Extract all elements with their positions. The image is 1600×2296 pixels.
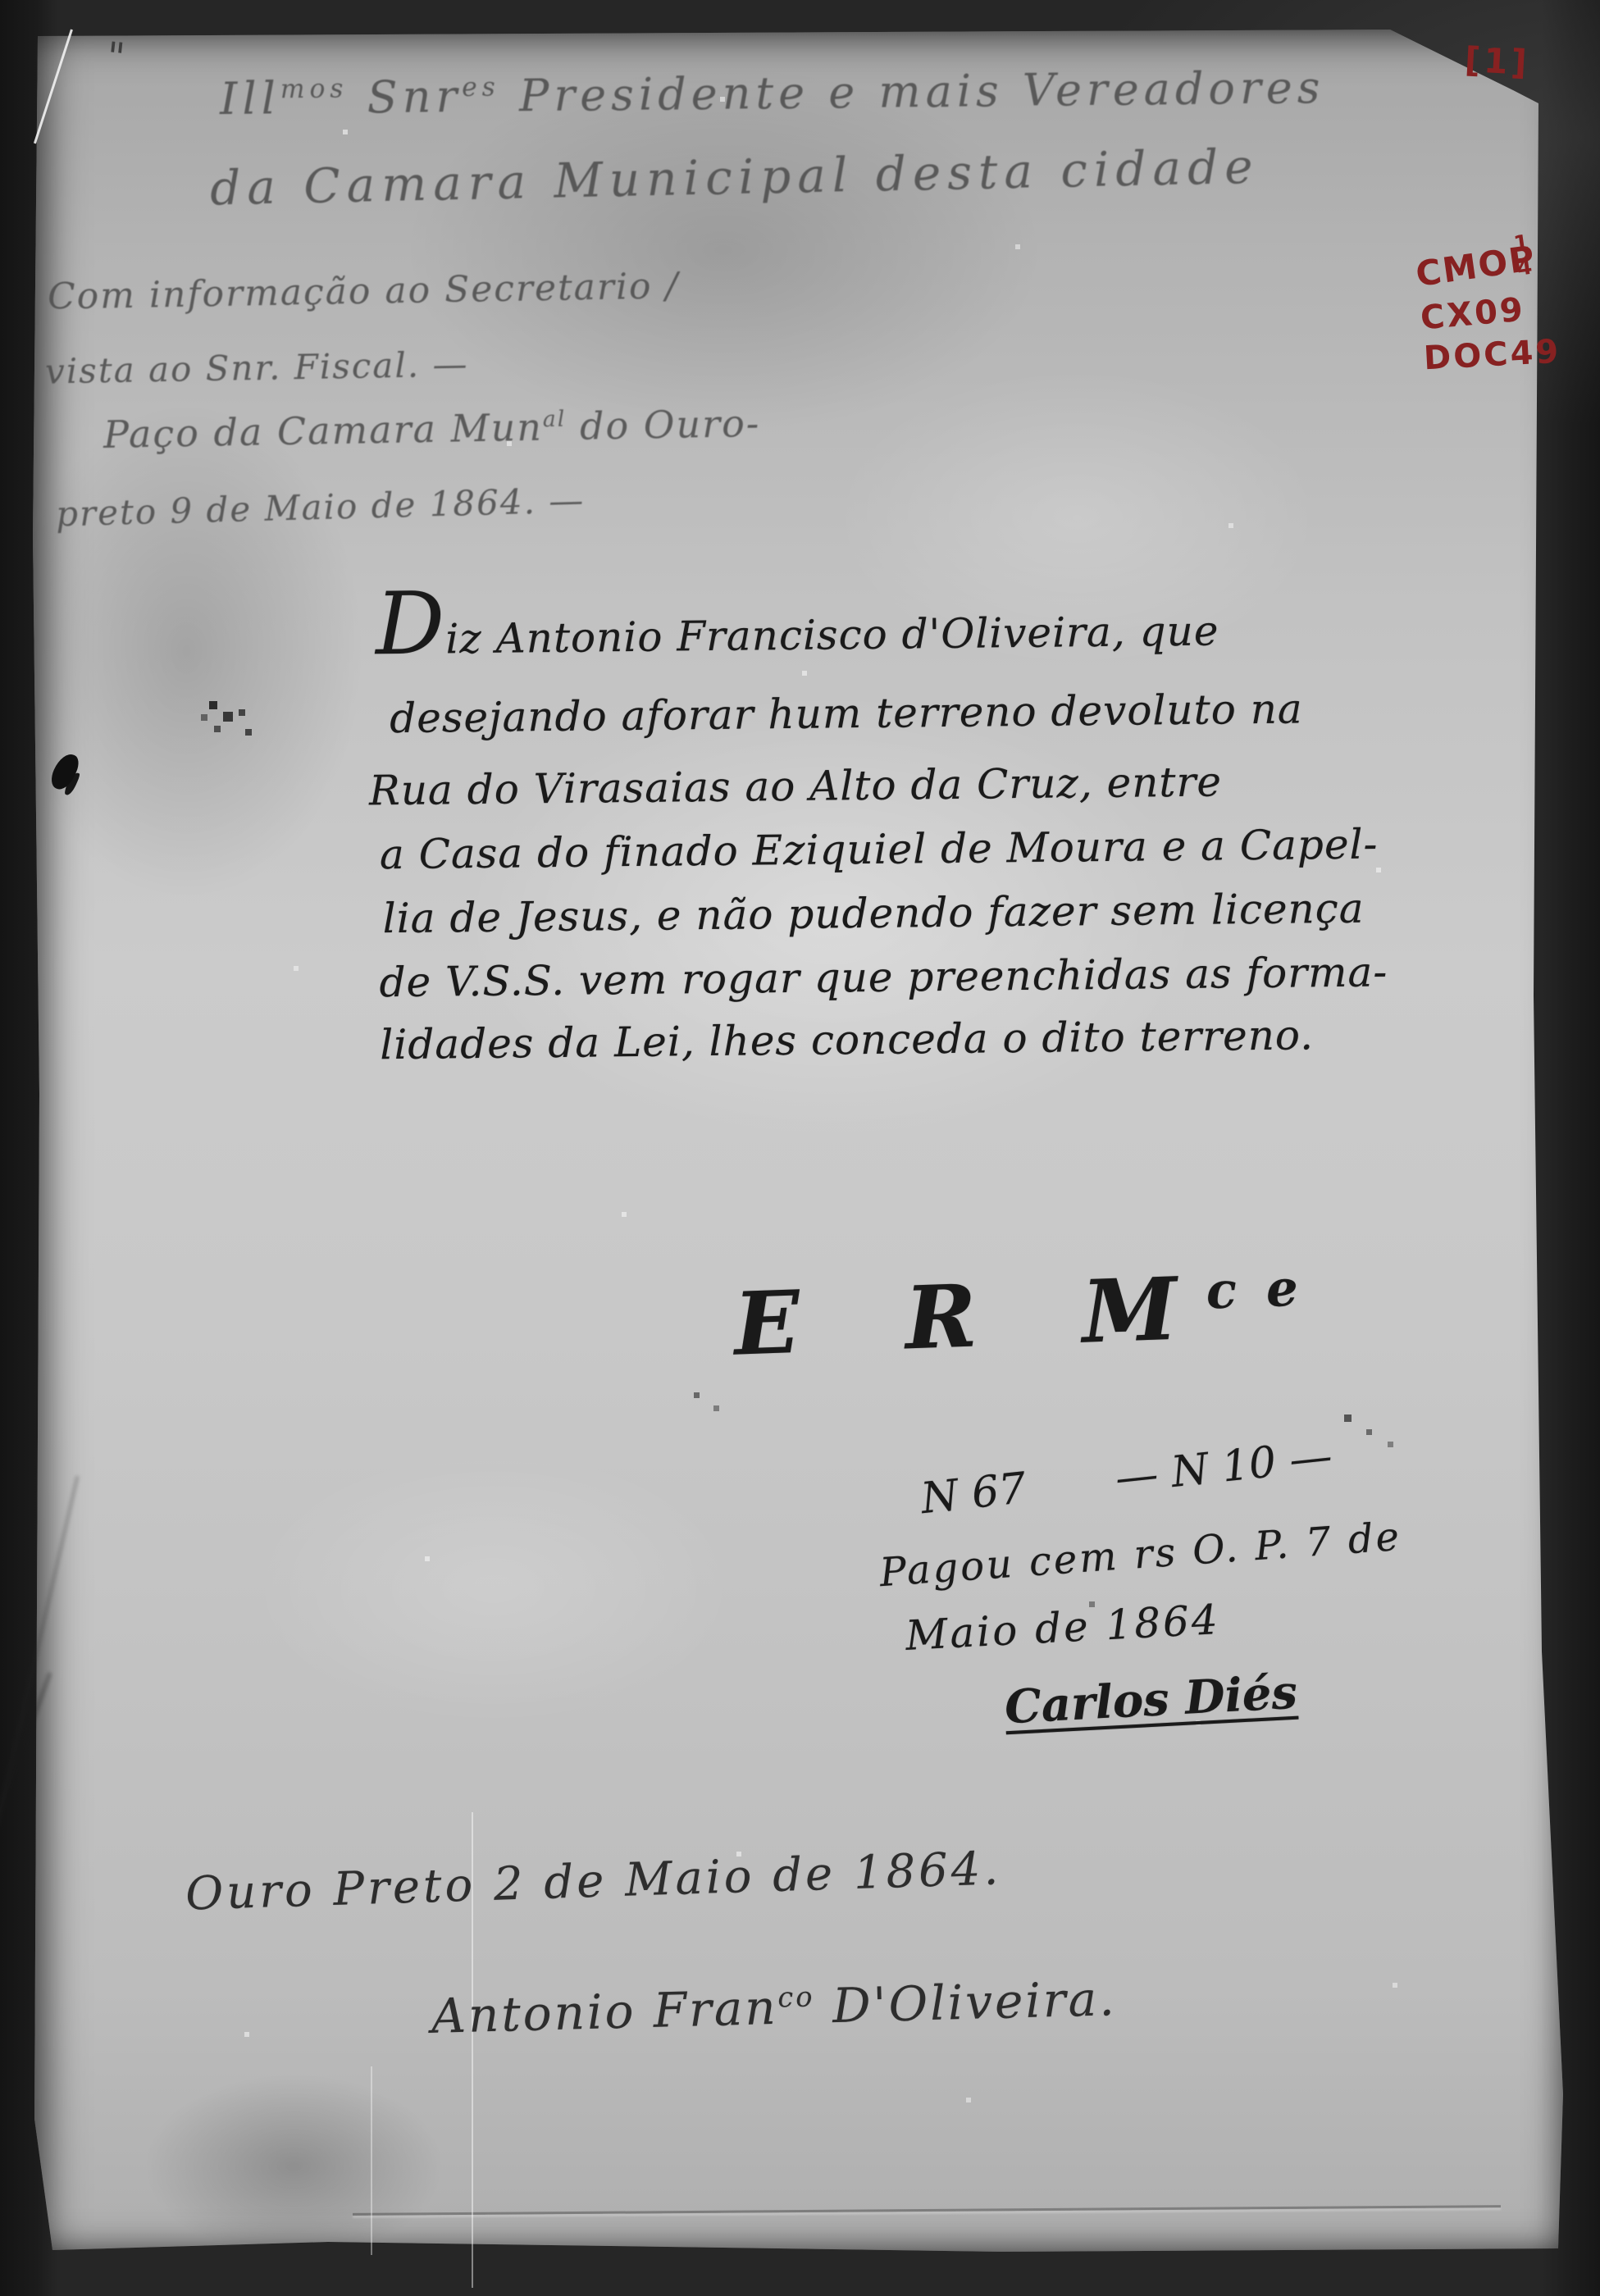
petition-line: desejando aforar hum terreno devoluto na (390, 685, 1303, 742)
signature-text: Antonio Fran (431, 1979, 778, 2044)
scanned-document-page: [1] CMOP 1 4 CX09 DOC49 " Illmos Snres P… (0, 0, 1600, 2296)
despacho-text: Paço da Camara Mun (103, 405, 544, 457)
erm-text: E R M (732, 1257, 1209, 1375)
despacho-superscript: al (542, 407, 566, 432)
signature-text: D'Oliveira. (814, 1970, 1118, 2034)
heading-text: Presidente e mais Vereadores (500, 61, 1325, 122)
archive-stamp-doc: DOC49 (1423, 333, 1561, 378)
petition-line: Rua do Virasaias ao Alto da Cruz, entre (369, 758, 1222, 814)
despacho-text: do Ouro- (566, 401, 761, 449)
heading-superscript: mos (280, 74, 349, 104)
dust-specks (0, 0, 2, 2)
petition-line: Diz Antonio Francisco d'Oliveira, que (376, 590, 1219, 663)
page-number-annotation: [1] (1464, 39, 1531, 83)
erm-formula: E R Mce (732, 1252, 1329, 1374)
despacho-line-2: vista ao Snr. Fiscal. — (45, 344, 469, 391)
erm-superscript: ce (1206, 1258, 1329, 1320)
heading-text: Snr (348, 71, 462, 123)
heading-text: Ill (220, 72, 281, 125)
spacer (1028, 1492, 1117, 1501)
vertical-fold-line (371, 2066, 372, 2255)
heading-superscript: es (462, 72, 500, 102)
petition-line: lidades da Lei, lhes conceda o dito terr… (380, 1011, 1314, 1068)
signature-superscript: co (777, 1980, 815, 2013)
